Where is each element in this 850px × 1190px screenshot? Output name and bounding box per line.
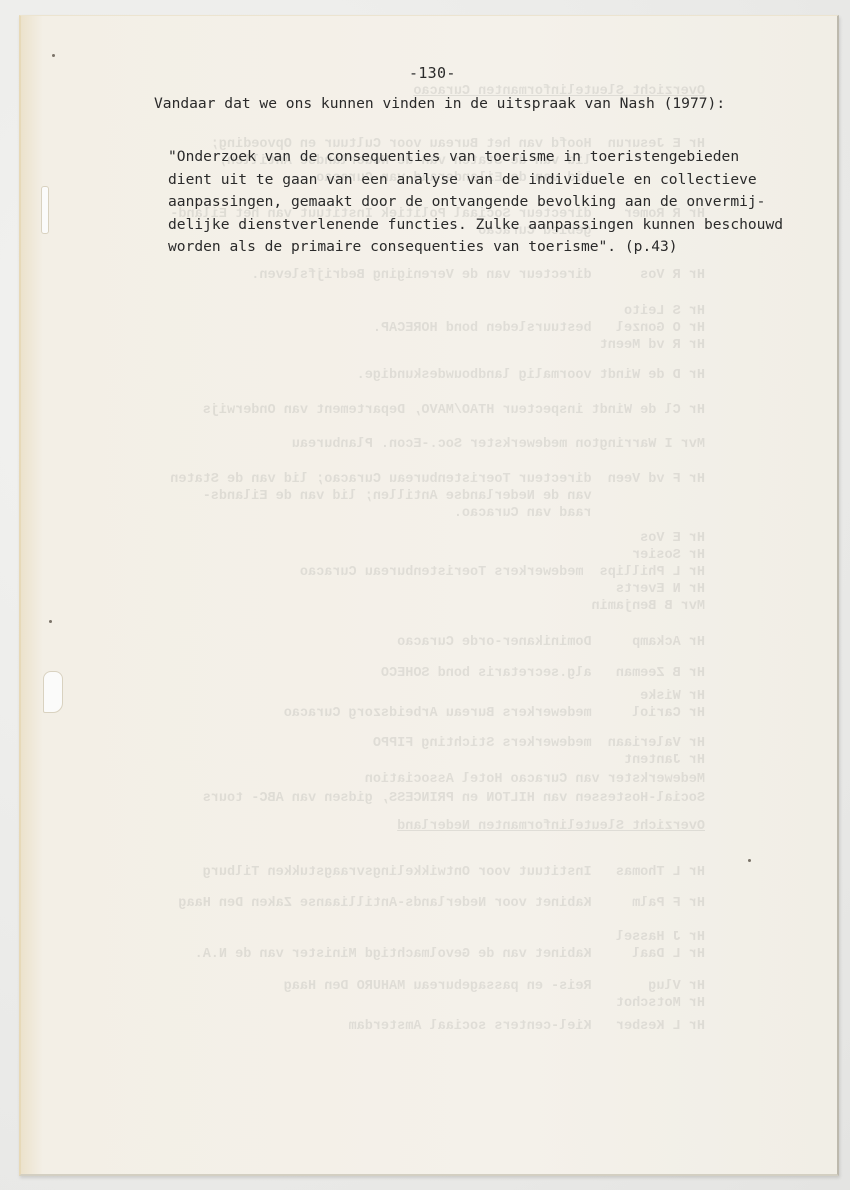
document-page: Overzicht Sleutelinformanten Curacao Hr … — [19, 15, 839, 1176]
quote-line: dient uit te gaan van een analyse van de… — [168, 169, 783, 192]
quote-line: worden als de primaire consequenties van… — [168, 236, 783, 259]
page-content: -130- Vandaar dat we ons kunnen vinden i… — [21, 16, 837, 1174]
block-quote: "Onderzoek van de consequenties van toer… — [168, 146, 783, 259]
page-number: -130- — [409, 64, 456, 82]
quote-line: delijke dienstverlenende functies. Zulke… — [168, 214, 783, 237]
quote-line: aanpassingen, gemaakt door de ontvangend… — [168, 191, 783, 214]
intro-paragraph: Vandaar dat we ons kunnen vinden in de u… — [154, 95, 725, 112]
quote-line: "Onderzoek van de consequenties van toer… — [168, 146, 783, 169]
